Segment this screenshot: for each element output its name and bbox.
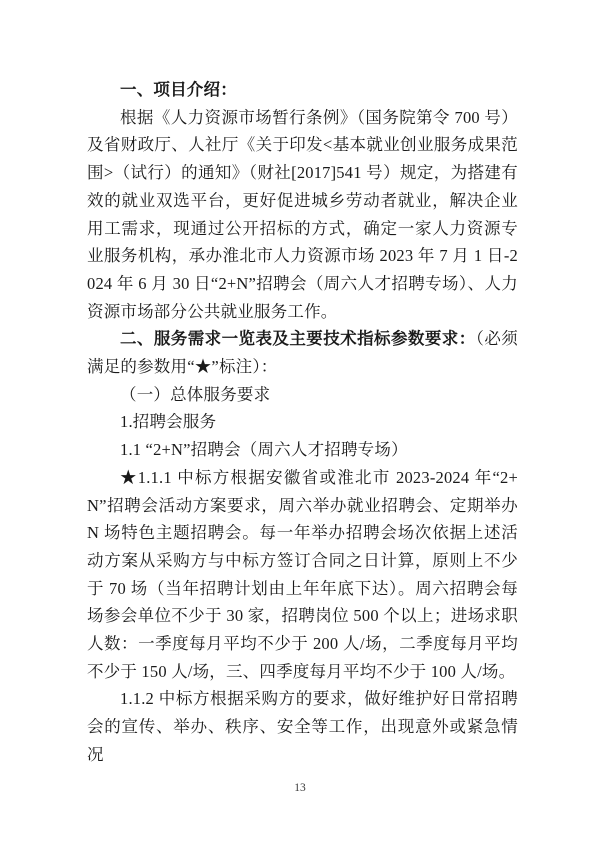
section-1-heading: 一、项目介绍： — [87, 76, 518, 104]
section-2-heading: 二、服务需求一览表及主要技术指标参数要求：（必须满足的参数用“★”标注）： — [87, 325, 518, 380]
subsection-overall-requirements-heading: （一）总体服务要求 — [87, 381, 518, 409]
item-1-recruitment-service: 1.招聘会服务 — [87, 408, 518, 436]
item-1-1-2-paragraph: 1.1.2 中标方根据采购方的要求，做好维护好日常招聘会的宣传、举办、秩序、安全… — [87, 685, 518, 768]
document-body: 一、项目介绍： 根据《人力资源市场暂行条例》（国务院第令 700 号）及省财政厅… — [87, 76, 518, 769]
document-page: 一、项目介绍： 根据《人力资源市场暂行条例》（国务院第令 700 号）及省财政厅… — [0, 0, 600, 848]
item-1-1-1-paragraph: ★1.1.1 中标方根据安徽省或淮北市 2023-2024 年“2+N”招聘会活… — [87, 464, 518, 686]
item-1-1-2n-job-fair: 1.1 “2+N”招聘会（周六人才招聘专场） — [87, 436, 518, 464]
intro-paragraph: 根据《人力资源市场暂行条例》（国务院第令 700 号）及省财政厅、人社厅《关于印… — [87, 104, 518, 326]
page-number: 13 — [0, 782, 600, 794]
section-2-heading-bold: 二、服务需求一览表及主要技术指标参数要求： — [120, 329, 476, 348]
